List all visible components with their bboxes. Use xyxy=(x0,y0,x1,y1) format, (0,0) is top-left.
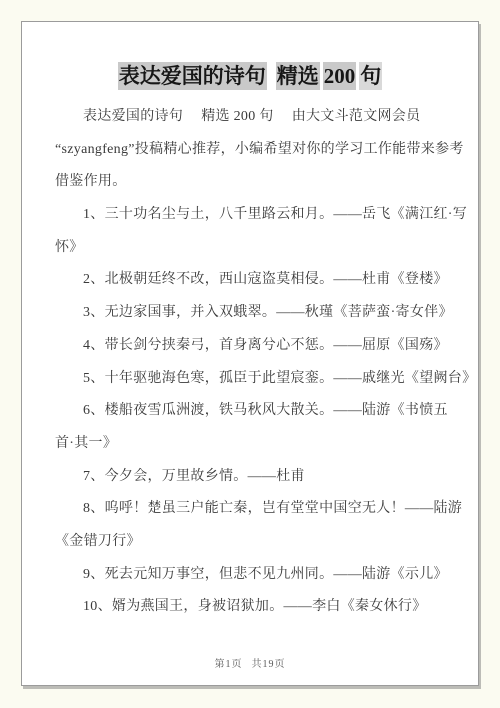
quote-line-8: 8、呜呼！楚虽三户能亡秦，岂有堂堂中国空无人！——陆游 xyxy=(55,493,448,526)
document-body: 表达爱国的诗句 精选 200 句 由大文斗范文网会员 “szyangfeng”投… xyxy=(22,101,478,624)
total-pages-label: 共19页 xyxy=(252,659,286,670)
quote-line-2: 2、北极朝廷终不改，西山寇盗莫相侵。——杜甫《登楼》 xyxy=(55,264,448,297)
title-segment: 表达爱国的诗句 xyxy=(118,62,267,90)
quote-line-9: 9、死去元知万事空，但悲不见九州同。——陆游《示儿》 xyxy=(55,559,448,592)
quote-line-3: 3、无边家国事，并入双蛾翠。——秋瑾《菩萨蛮·寄女伴》 xyxy=(55,297,448,330)
quote-line-10: 10、婿为燕国王，身被诏狱加。——李白《秦女休行》 xyxy=(55,591,448,624)
quote-line-4: 4、带长剑兮挟秦弓，首身离兮心不惩。——屈原《国殇》 xyxy=(55,330,448,363)
quote-line-6-cont: 首·其一》 xyxy=(55,428,448,461)
intro-line: 表达爱国的诗句 精选 200 句 由大文斗范文网会员 xyxy=(55,101,448,134)
quote-line-8-cont: 《金错刀行》 xyxy=(55,526,448,559)
page-number-label: 第1页 xyxy=(215,659,243,670)
quote-line-1-cont: 怀》 xyxy=(55,232,448,265)
title-segment: 句 xyxy=(359,62,382,90)
intro-line: “szyangfeng”投稿精心推荐，小编希望对你的学习工作能带来参考 xyxy=(55,134,448,167)
intro-line: 借鉴作用。 xyxy=(55,166,448,199)
quote-line-7: 7、今夕会，万里故乡情。——杜甫 xyxy=(55,461,448,494)
page-title: 表达爱国的诗句精选200句 xyxy=(30,59,470,93)
document-page: 表达爱国的诗句精选200句 表达爱国的诗句 精选 200 句 由大文斗范文网会员… xyxy=(21,21,479,686)
title-segment: 精选 xyxy=(276,62,320,90)
quote-line-1: 1、三十功名尘与土，八千里路云和月。——岳飞《满江红·写 xyxy=(55,199,448,232)
quote-line-6: 6、楼船夜雪瓜洲渡，铁马秋风大散关。——陆游《书愤五 xyxy=(55,395,448,428)
page-footer: 第1页共19页 xyxy=(22,655,478,670)
quote-line-5: 5、十年驱驰海色寒，孤臣于此望宸銮。——戚继光《望阙台》 xyxy=(55,363,448,396)
title-segment: 200 xyxy=(323,62,357,90)
